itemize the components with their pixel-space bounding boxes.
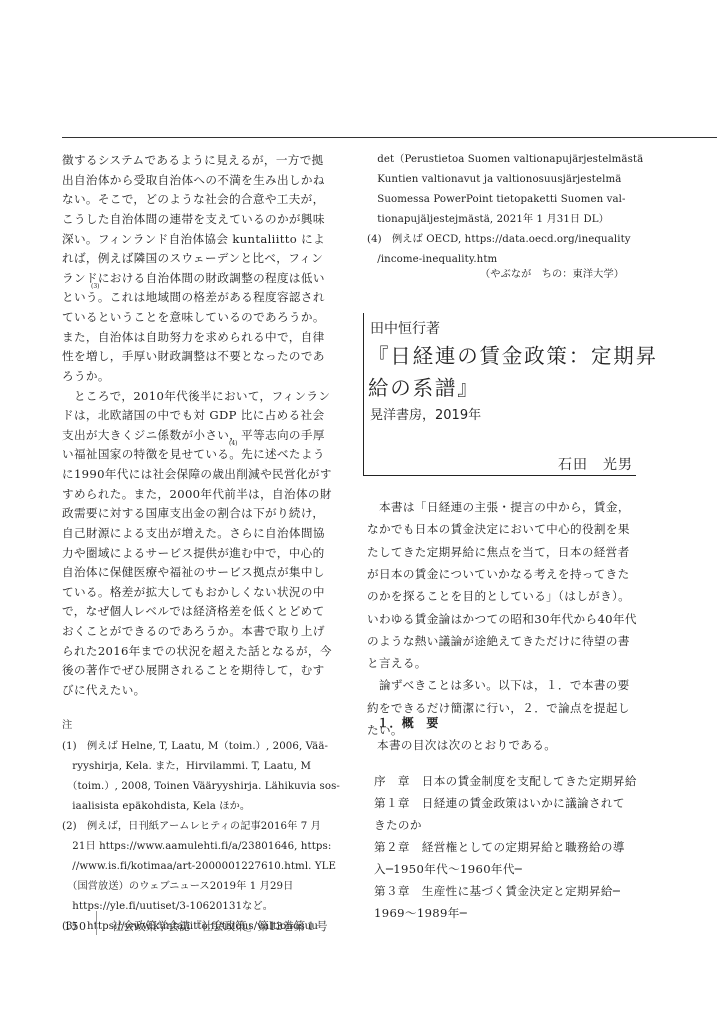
note-line: ryyshirja, Kela. また，Hirvilammi. T, Laatu… <box>62 760 344 774</box>
body-line: のような熱い議論が途絶えてきただけに待望の書 <box>367 634 637 648</box>
body-line: すめられた。また，2000年代前半は，自治体の財 <box>62 487 344 501</box>
note-line: /income-inequality.htm <box>367 253 637 267</box>
body-line: ところで，2010年代後半において，フィンラン <box>62 389 344 403</box>
body-line: 政需要に対する国庫支出金の割合は下がり続け， <box>62 506 344 520</box>
body-line: びに代えたい。 <box>62 683 344 697</box>
body-line: ランドにおける自治体間の財政調整の程度は低い <box>62 271 344 285</box>
body-line: いわゆる賃金論はかつての昭和30年代から40年代 <box>367 612 637 626</box>
note-line: 21日 https://www.aamulehti.fi/a/23801646,… <box>62 840 344 854</box>
header-rule <box>62 137 717 138</box>
body-line: られた2016年までの状況を超えた話となるが，今 <box>62 644 344 658</box>
toc-line: 第３章 生産性に基づく賃金決定と定期昇給─ <box>374 884 644 898</box>
body-line: おくことができるのであろうか。本書で取り上げ <box>62 624 344 638</box>
footnote-marker[interactable]: (4) <box>229 440 238 447</box>
body-line: 論ずべきことは多い。以下は，１．で本書の要 <box>367 678 637 692</box>
body-line: れば，例えば隣国のスウェーデンと比べ，フィン <box>62 251 344 265</box>
body-line: 性を増し，手厚い財政調整は不要となったのであ <box>62 349 344 363</box>
toc-line: 1969～1989年─ <box>374 906 644 920</box>
note-line: (2) 例えば，日刊紙アームレヒティの記事2016年 7 月 <box>62 820 344 834</box>
section-intro: 本書の目次は次のとおりである。 <box>377 738 647 752</box>
toc-line: 第１章 日経連の賃金政策はいかに議論されて <box>374 796 644 810</box>
body-line: 深い。フィンランド自治体協会 kuntaliitto によ <box>62 232 344 246</box>
note-line: iaalisista epäkohdista, Kela ほか。 <box>62 800 344 814</box>
body-line: ている。格差が拡大してもおかしくない状況の中 <box>62 585 344 599</box>
note-line: det（Perustietoa Suomen valtionapujärjest… <box>367 153 637 167</box>
body-line: が日本の賃金についていかなる考えを持ってきた <box>367 567 637 581</box>
body-line: 徴するシステムであるように見えるが，一方で拠 <box>62 153 344 167</box>
note-line: (4) 例えば OECD, https://data.oecd.org/ineq… <box>367 233 637 247</box>
section-heading: １．概 要 <box>377 716 647 730</box>
body-line: なかでも日本の賃金決定において中心的役割を果 <box>367 522 637 536</box>
note-line: //www.is.fi/kotimaa/art-2000001227610.ht… <box>62 860 344 874</box>
toc-line: 入─1950年代～1960年代─ <box>374 862 644 876</box>
body-line: 本書は「日経連の主張・提言の中から，賃金， <box>367 500 637 514</box>
body-line: ない。そこで，どのような社会的合意や工夫が， <box>62 192 344 206</box>
body-line: い福祉国家の特徴を見せている。先に述べたよう <box>62 447 344 461</box>
body-line: と言える。 <box>367 656 637 670</box>
body-line: たしてきた定期昇給に焦点を当て，日本の経営者 <box>367 545 637 559</box>
body-line: 支出が大きくジニ係数が小さい，平等志向の手厚 <box>62 428 344 442</box>
publisher: 晃洋書房，2019年 <box>370 404 481 423</box>
note-line: （toim.）, 2008, Toinen Vääryyshirja. Lähi… <box>62 780 344 794</box>
body-line: 後の著作でぜひ展開されることを期待して，むす <box>62 663 344 677</box>
body-line: 力や圏域によるサービス提供が進む中で，中心的 <box>62 546 344 560</box>
note-line: Kuntien valtionavut ja valtionosuusjärje… <box>367 173 637 187</box>
footnote-marker[interactable]: (3) <box>91 283 100 290</box>
notes-heading: 注 <box>62 719 344 733</box>
body-line: 出自治体から受取自治体への不満を生み出しかね <box>62 173 344 187</box>
note-line: （国営放送）のウェブニュース2019年 1 月29日 <box>62 880 344 894</box>
book-review-header: 田中恒行著 『日経連の賃金政策：定期昇 給の系譜』 晃洋書房，2019年 石田 … <box>363 313 636 476</box>
body-line: に1990年代には社会保障の歳出削減や民営化がす <box>62 467 344 481</box>
body-line: のかを探ることを目的としている」（はしがき）。 <box>367 589 637 603</box>
book-title-line: 『日経連の賃金政策：定期昇 <box>368 339 658 369</box>
toc-line: 第２章 経営権としての定期昇給と職務給の導 <box>374 840 644 854</box>
book-title-line: 給の系譜』 <box>368 371 480 401</box>
body-line: ているということを意味しているのであろうか。 <box>62 310 344 324</box>
note-line: Suomessa PowerPoint tietopaketti Suomen … <box>367 193 637 207</box>
body-line: 約をできるだけ簡潔に行い，２．で論点を提起し <box>367 701 637 715</box>
toc-line: きたのか <box>374 818 644 832</box>
body-line: また，自治体は自助努力を求められる中で，自律 <box>62 330 344 344</box>
note-line: tionapujäljestejmästä, 2021年 1 月31日 DL） <box>367 213 637 227</box>
footer-divider <box>96 911 97 935</box>
reviewer-name: 石田 光男 <box>558 454 633 474</box>
body-line: こうした自治体間の連帯を支えているのかが興味 <box>62 212 344 226</box>
body-line: で，なぜ個人レベルでは経済格差を低くとどめて <box>62 604 344 618</box>
journal-title: 社会政策学会誌『社会政策』第13巻第１号 <box>112 918 328 934</box>
book-author: 田中恒行著 <box>370 318 440 338</box>
author-affiliation: （やぶなが ちの：東洋大学） <box>480 268 624 282</box>
body-line: ドは，北欧諸国の中でも対 GDP 比に占める社会 <box>62 408 344 422</box>
body-line: ろうか。 <box>62 369 344 383</box>
note-line: (1) 例えば Helne, T, Laatu, M（toim.）, 2006,… <box>62 740 344 754</box>
body-line: 自己財源による支出が増えた。さらに自治体間協 <box>62 526 344 540</box>
body-line: 自治体に保健医療や福祉のサービス拠点が集中し <box>62 565 344 579</box>
page-number: 150 <box>64 920 87 933</box>
body-line: という。これは地域間の格差がある程度容認され <box>62 290 344 304</box>
note-line: https://yle.fi/uutiset/3-10620131など。 <box>62 900 344 914</box>
toc-line: 序 章 日本の賃金制度を支配してきた定期昇給 <box>374 774 644 788</box>
